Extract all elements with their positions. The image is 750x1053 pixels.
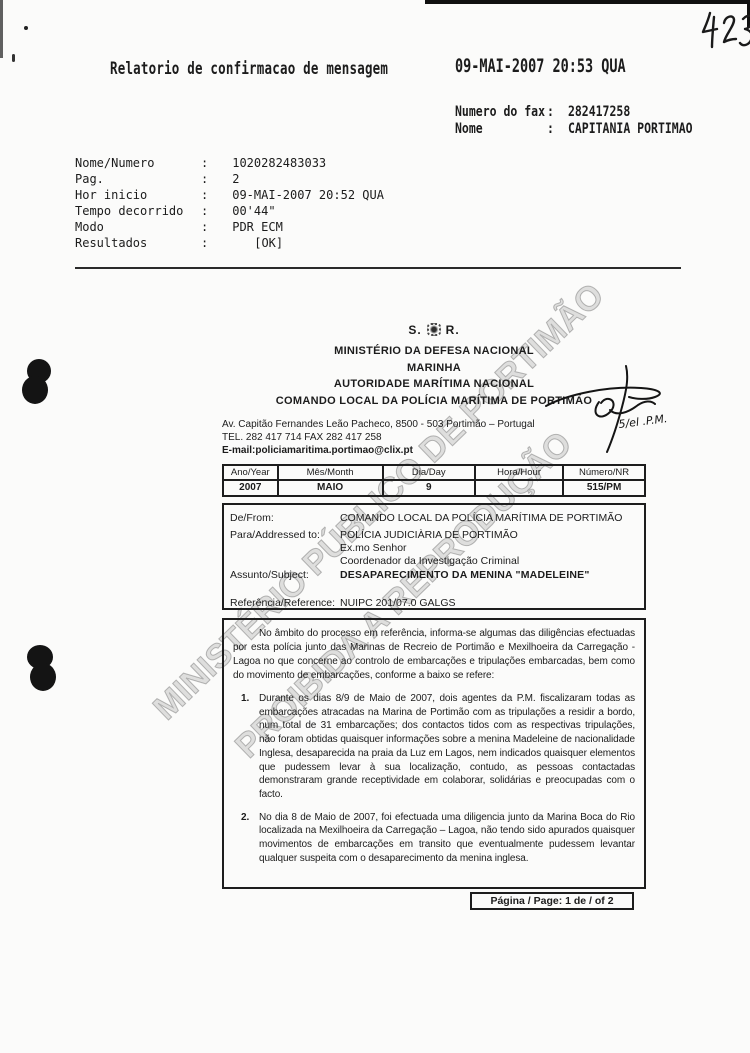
list-item-1: 1. Durante os dias 8/9 de Maio de 2007, … xyxy=(233,692,635,802)
meta-label: Hor inicio xyxy=(75,188,201,204)
scan-speck xyxy=(12,54,15,62)
fax-datetime: 09-MAI-2007 20:53 QUA xyxy=(455,55,626,77)
meta-row-pages: Pag.: 2 xyxy=(75,172,384,188)
subject-row: Assunto/Subject: DESAPARECIMENTO DA MENI… xyxy=(230,569,638,582)
item-number: 2. xyxy=(241,811,259,866)
meta-label: Pag. xyxy=(75,172,201,188)
to-line-2: Ex.mo Senhor xyxy=(340,542,638,555)
handwritten-signature: 5/el .P.M. xyxy=(543,362,678,457)
sr-left: S. xyxy=(408,323,421,337)
intro-paragraph: No âmbito do processo em referência, inf… xyxy=(233,627,635,683)
reference-row: Referência/Reference: NUIPC 201/07.0 GAL… xyxy=(230,597,638,610)
ink-blob xyxy=(20,358,56,406)
sr-right: R. xyxy=(446,323,460,337)
meta-value: 2 xyxy=(232,172,239,188)
reference-value: NUIPC 201/07.0 GALGS xyxy=(340,597,638,610)
item-number: 1. xyxy=(241,692,259,802)
meta-value: PDR ECM xyxy=(232,220,283,236)
meta-row-elapsed-time: Tempo decorrido: 00'44" xyxy=(75,204,384,220)
meta-label: Tempo decorrido xyxy=(75,204,201,220)
date-number-table: Ano/Year Mês/Month Dia/Day Hora/Hour Núm… xyxy=(222,464,646,497)
horizontal-divider xyxy=(75,267,681,269)
meta-value: 1020282483033 xyxy=(232,156,326,172)
list-item-2: 2. No dia 8 de Maio de 2007, foi efectua… xyxy=(233,811,635,866)
addressing-box: De/From: COMANDO LOCAL DA POLÍCIA MARÍTI… xyxy=(222,503,646,610)
coat-of-arms-icon xyxy=(427,323,441,336)
meta-value: [OK] xyxy=(254,236,283,252)
fax-report-title: Relatorio de confirmacao de mensagem xyxy=(110,58,388,78)
page-number-box: Página / Page: 1 de / of 2 xyxy=(470,892,634,910)
sr-line: S.R. xyxy=(222,323,646,337)
signature-note: 5/el .P.M. xyxy=(618,412,668,431)
meta-label: Nome/Numero xyxy=(75,156,201,172)
to-line-3: Coordenador da Investigação Criminal xyxy=(340,555,638,568)
letterhead-line-ministry: MINISTÉRIO DA DEFESA NACIONAL xyxy=(222,343,646,360)
ink-blob xyxy=(24,645,60,693)
colon: : xyxy=(201,220,208,236)
to-line-1: POLÍCIA JUDICIÀRIA DE PORTIMÃO xyxy=(340,529,638,542)
table-header-year: Ano/Year xyxy=(224,466,279,481)
colon: : xyxy=(547,102,554,120)
subject-label: Assunto/Subject: xyxy=(230,569,340,582)
table-header-hour: Hora/Hour xyxy=(476,466,564,481)
subject-value: DESAPARECIMENTO DA MENINA "MADELEINE" xyxy=(340,569,638,582)
fax-name-label: Nome xyxy=(455,119,547,137)
colon: : xyxy=(201,236,208,252)
item-text: Durante os dias 8/9 de Maio de 2007, doi… xyxy=(259,692,635,802)
table-value-number: 515/PM xyxy=(564,481,644,495)
fax-name-row: Nome: CAPITANIA PORTIMAO xyxy=(455,119,693,137)
table-header-number: Número/NR xyxy=(564,466,644,481)
table-value-year: 2007 xyxy=(224,481,279,495)
fax-number-label: Numero do fax xyxy=(455,102,547,120)
meta-label: Resultados xyxy=(75,236,201,252)
table-value-day: 9 xyxy=(384,481,476,495)
scan-edge-artifact-top xyxy=(425,0,750,4)
to-value: POLÍCIA JUDICIÀRIA DE PORTIMÃO Ex.mo Sen… xyxy=(340,529,638,568)
table-header-day: Dia/Day xyxy=(384,466,476,481)
table-value-month: MAIO xyxy=(279,481,384,495)
meta-row-mode: Modo: PDR ECM xyxy=(75,220,384,236)
fax-name-value: CAPITANIA PORTIMAO xyxy=(568,119,693,137)
from-label: De/From: xyxy=(230,512,340,525)
meta-value: 09-MAI-2007 20:52 QUA xyxy=(232,188,384,204)
meta-row-results: Resultados: [OK] xyxy=(75,236,384,252)
colon: : xyxy=(201,156,208,172)
from-row: De/From: COMANDO LOCAL DA POLÍCIA MARÍTI… xyxy=(230,512,638,525)
colon: : xyxy=(201,188,208,204)
letter-body-box: No âmbito do processo em referência, inf… xyxy=(222,618,646,889)
scan-edge-artifact-left xyxy=(0,0,3,58)
fax-number-value: 282417258 xyxy=(568,102,630,120)
table-value-hour xyxy=(476,481,564,495)
colon: : xyxy=(201,172,208,188)
colon: : xyxy=(201,204,208,220)
handwritten-page-number xyxy=(698,8,750,56)
to-row: Para/Addressed to: POLÍCIA JUDICIÀRIA DE… xyxy=(230,529,638,568)
meta-row-name-number: Nome/Numero: 1020282483033 xyxy=(75,156,384,172)
from-value: COMANDO LOCAL DA POLÍCIA MARÍTIMA DE POR… xyxy=(340,512,638,525)
fax-meta-block: Nome/Numero: 1020282483033 Pag.: 2 Hor i… xyxy=(75,156,384,252)
item-text: No dia 8 de Maio de 2007, foi efectuada … xyxy=(259,811,635,866)
meta-row-start-time: Hor inicio: 09-MAI-2007 20:52 QUA xyxy=(75,188,384,204)
scan-speck xyxy=(24,26,28,30)
reference-label: Referência/Reference: xyxy=(230,597,340,610)
meta-value: 00'44" xyxy=(232,204,275,220)
to-label: Para/Addressed to: xyxy=(230,529,340,568)
table-header-month: Mês/Month xyxy=(279,466,384,481)
fax-number-row: Numero do fax: 282417258 xyxy=(455,102,630,120)
meta-label: Modo xyxy=(75,220,201,236)
fax-page: { "page": { "handwritten_number": "423" … xyxy=(0,0,750,1053)
colon: : xyxy=(547,119,554,137)
